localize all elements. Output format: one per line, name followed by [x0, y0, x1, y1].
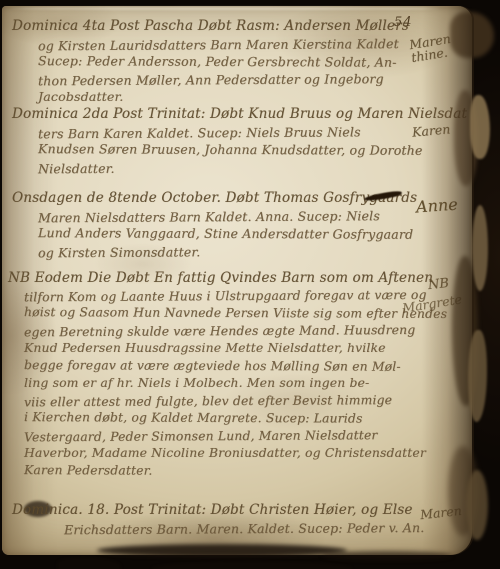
entry-text-line: høist og Saasom Hun Navnede Persen Viist…	[24, 304, 458, 323]
baptism-entry-1: Dominica 4ta Post Pascha Døbt Rasm: Ande…	[12, 18, 458, 106]
register-page: 54 Dominica 4ta Post Pascha Døbt Rasm: A…	[2, 6, 472, 555]
entry-text-line: Haverbor, Madame Nicoline Broniusdatter,…	[24, 445, 458, 463]
entry-text-line: Lund Anders Vanggaard, Stine Andersdatte…	[38, 224, 458, 243]
entry-text-line: Knud Pedersen Huusdragssine Mette Nielsd…	[24, 340, 458, 358]
baptism-entry-2: Dominica 2da Post Trinitat: Døbt Knud Br…	[12, 106, 458, 176]
entry-text-line: Karen Pedersdatter.	[24, 462, 458, 481]
underlying-page-edge	[470, 95, 490, 159]
baptism-entry-5: Dominica. 18. Post Trinitat: Døbt Christ…	[12, 502, 458, 537]
bottom-dark-mark	[57, 557, 121, 569]
entry-text-line: thon Pedersen Møller, Ann Pedersdatter o…	[38, 69, 458, 89]
entry-text-line: Dominica. 18. Post Trinitat: Døbt Christ…	[12, 502, 458, 520]
entry-text-line: Onsdagen de 8tende October. Døbt Thomas …	[12, 190, 458, 208]
margin-note-karen: Karen	[412, 122, 451, 138]
entry-text-line: Erichsdatters Barn. Maren. Kaldet. Sucep…	[64, 518, 458, 538]
page-top-highlight	[10, 7, 440, 10]
underlying-page-edge	[472, 205, 488, 291]
entry-text-line: Dominica 2da Post Trinitat: Døbt Knud Br…	[12, 106, 458, 124]
entry-text-line: Vestergaard, Peder Simonsen Lund, Maren …	[24, 426, 458, 446]
entry-text-line: Jacobsdatter.	[38, 88, 458, 106]
margin-note-nb: NB	[427, 277, 449, 292]
entry-text-line: i Kierchen døbt, og Kaldet Margrete. Suc…	[24, 409, 458, 428]
entry-text-line: viis eller attest med fulgte, blev det e…	[24, 391, 458, 411]
baptism-entry-3: Onsdagen de 8tende October. Døbt Thomas …	[12, 190, 458, 260]
entry-text-line: egen Beretning skulde være Hendes ægte M…	[24, 321, 458, 341]
baptism-entry-4-nb: NB Eodem Die Døbt En fattig Qvindes Barn…	[12, 270, 458, 480]
entry-text-line: og Kirsten Lauridsdatters Barn Maren Kie…	[38, 34, 458, 54]
margin-note-anne: Anne	[416, 198, 458, 214]
entry-text-line: ling som er af hr. Niels i Molbech. Men …	[24, 375, 458, 393]
entry-text-line: NB Eodem Die Døbt En fattig Qvindes Barn…	[8, 270, 458, 288]
entry-text-line: Dominica 4ta Post Pascha Døbt Rasm: Ande…	[12, 18, 458, 36]
entry-text-line: og Kirsten Simonsdatter.	[38, 241, 458, 261]
bottom-smudge	[322, 551, 452, 560]
entry-text-line: Nielsdatter.	[38, 157, 458, 177]
entry-text-line: ters Barn Karen Kaldet. Sucep: Niels Bru…	[38, 122, 458, 142]
entry-text-line: Maren Nielsdatters Barn Kaldet. Anna. Su…	[38, 206, 458, 226]
entry-text-line: begge foregav at være ægteviede hos Møll…	[24, 357, 458, 376]
entry-text-line: Knudsen Søren Bruusen, Johanna Knudsdatt…	[38, 140, 458, 159]
entry-text-line: tilforn Kom og Laante Huus i Ulstrupgaar…	[24, 286, 458, 306]
bottom-smudge	[97, 544, 347, 557]
bottom-dark-mark	[152, 561, 352, 569]
photo-background: 54 Dominica 4ta Post Pascha Døbt Rasm: A…	[0, 0, 500, 569]
entry-text-line: Sucep: Peder Andersson, Peder Gersbrecht…	[38, 52, 458, 71]
